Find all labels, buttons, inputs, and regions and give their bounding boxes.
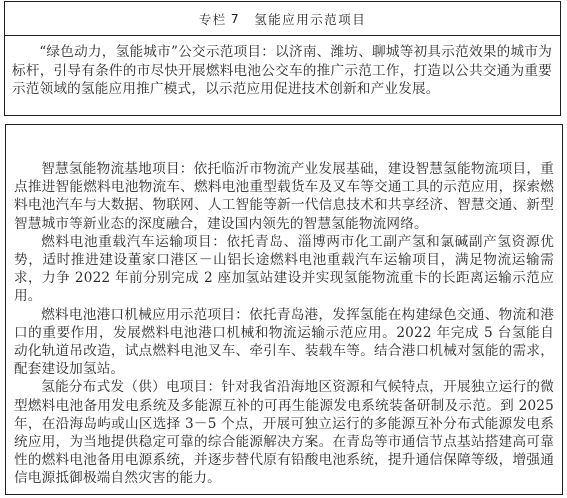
column-box-intro: 专栏 7 氢能应用示范项目 “绿色动力，氢能城市”公交示范项目：以济南、潍坊、聊… [4,1,561,116]
column-box-projects: 智慧氢能物流基地项目：依托临沂市物流产业发展基础，建设智慧氢能物流项目，重点推进… [5,124,563,495]
intro-body: “绿色动力，氢能城市”公交示范项目：以济南、潍坊、聊城等初具示范效果的城市为标杆… [5,36,560,99]
project-paragraph-port-machinery: 燃料电池港口机械应用示范项目：依托青岛港，发挥氢能在构建绿色交通、物流和港口的重… [14,306,554,379]
column-title: 氢能应用示范项目 [254,10,366,28]
intro-paragraph: “绿色动力，氢能城市”公交示范项目：以济南、潍坊、聊城等初具示范效果的城市为标杆… [12,43,552,99]
column-number: 7 [231,11,240,26]
project-paragraph-logistics: 智慧氢能物流基地项目：依托临沂市物流产业发展基础，建设智慧氢能物流项目，重点推进… [14,160,554,233]
project-paragraph-distributed-power: 氢能分布式发（供）电项目：针对我省沿海地区资源和气候特点，开展独立运行的微型燃料… [14,378,554,487]
column-header: 专栏 7 氢能应用示范项目 [5,2,560,36]
projects-body: 智慧氢能物流基地项目：依托临沂市物流产业发展基础，建设智慧氢能物流项目，重点推进… [6,125,562,488]
column-label: 专栏 [199,10,227,28]
project-paragraph-heavy-truck: 燃料电池重载汽车运输项目：依托青岛、淄博两市化工副产氢和氯碱副产氢资源优势，适时… [14,233,554,306]
